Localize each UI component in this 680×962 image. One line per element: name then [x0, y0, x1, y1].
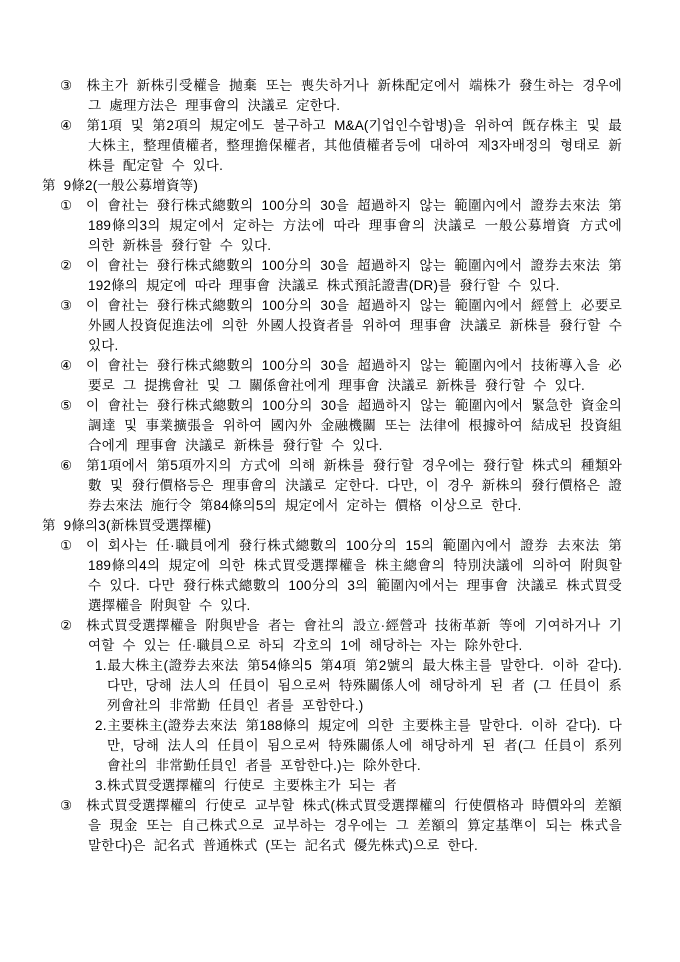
clause-text: 株式買受選擇權을 附與받을 者는 會社의 設立·經營과 技術革新 等에 기여하거… — [86, 618, 622, 653]
subclause-marker: 2. — [95, 716, 107, 736]
clause-item: ④이 會社는 發行株式總數의 100分의 30을 超過하지 않는 範圍內에서 技… — [42, 356, 622, 396]
clause-text: 이 會社는 發行株式總數의 100分의 30을 超過하지 않는 範圍內에서 證券… — [86, 198, 622, 253]
clause-item: ④第1項 및 第2項의 規定에도 불구하고 M&A(기업인수합병)을 위하여 旣… — [42, 116, 622, 176]
clause-text: 株主가 新株引受權을 抛棄 또는 喪失하거나 新株配定에서 端株가 發生하는 경… — [86, 78, 622, 113]
clause-text: 第1項 및 第2項의 規定에도 불구하고 M&A(기업인수합병)을 위하여 旣存… — [86, 118, 622, 173]
clause-marker: ③ — [60, 796, 86, 816]
clause-text: 第1項에서 第5項까지의 方式에 의해 新株를 發行할 경우에는 發行할 株式의… — [86, 458, 622, 513]
clause-marker: ③ — [60, 76, 86, 96]
article-heading: 第 9條의3(新株買受選擇權) — [42, 516, 622, 536]
clause-marker: ① — [60, 536, 86, 556]
subclause-item: 2.主要株主(證券去來法 第188條의 規定에 의한 主要株主를 말한다. 이하… — [42, 716, 622, 776]
clause-text: 이 會社는 發行株式總數의 100分의 30을 超過하지 않는 範圍內에서 經營… — [86, 298, 622, 353]
clause-text: 株式買受選擇權의 行使로 主要株主가 되는 者 — [107, 778, 397, 793]
clause-marker: ③ — [60, 296, 86, 316]
clause-marker: ② — [60, 616, 86, 636]
clause-text: 主要株主(證券去來法 第188條의 規定에 의한 主要株主를 말한다. 이하 같… — [107, 718, 622, 773]
clause-item: ③株主가 新株引受權을 抛棄 또는 喪失하거나 新株配定에서 端株가 發生하는 … — [42, 76, 622, 116]
clause-marker: ⑥ — [60, 456, 86, 476]
article-heading-text: 第 9條2(一般公募增資等) — [42, 178, 198, 193]
clause-text: 이 會社는 發行株式總數의 100分의 30을 超過하지 않는 範圍內에서 證券… — [86, 258, 622, 293]
clause-text: 이 會社는 發行株式總數의 100分의 30을 超過하지 않는 範圍內에서 緊急… — [86, 398, 622, 453]
subclause-item: 1.最大株主(證券去來法 第54條의5 第4項 第2號의 最大株主를 말한다. … — [42, 656, 622, 716]
subclause-marker: 1. — [95, 656, 107, 676]
clause-text: 이 會社는 發行株式總數의 100分의 30을 超過하지 않는 範圍內에서 技術… — [86, 358, 622, 393]
clause-text: 株式買受選擇權의 行使로 교부할 株式(株式買受選擇權의 行使價格과 時價와의 … — [86, 798, 622, 853]
clause-marker: ⑤ — [60, 396, 86, 416]
article-heading-text: 第 9條의3(新株買受選擇權) — [42, 518, 211, 533]
subclause-marker: 3. — [95, 776, 107, 796]
clause-marker: ② — [60, 256, 86, 276]
clause-item: ②株式買受選擇權을 附與받을 者는 會社의 設立·經營과 技術革新 等에 기여하… — [42, 616, 622, 656]
clause-item: ③이 會社는 發行株式總數의 100分의 30을 超過하지 않는 範圍內에서 經… — [42, 296, 622, 356]
clause-item: ①이 會社는 發行株式總數의 100分의 30을 超過하지 않는 範圍內에서 證… — [42, 196, 622, 256]
subclause-item: 3.株式買受選擇權의 行使로 主要株主가 되는 者 — [42, 776, 622, 796]
clause-marker: ④ — [60, 116, 86, 136]
clause-marker: ④ — [60, 356, 86, 376]
clause-item: ⑥第1項에서 第5項까지의 方式에 의해 新株를 發行할 경우에는 發行할 株式… — [42, 456, 622, 516]
clause-text: 이 회사는 任·職員에게 發行株式總數의 100分의 15의 範圍內에서 證券 … — [86, 538, 622, 613]
article-heading: 第 9條2(一般公募增資等) — [42, 176, 622, 196]
clause-item: ⑤이 會社는 發行株式總數의 100分의 30을 超過하지 않는 範圍內에서 緊… — [42, 396, 622, 456]
clause-marker: ① — [60, 196, 86, 216]
clause-item: ①이 회사는 任·職員에게 發行株式總數의 100分의 15의 範圍內에서 證券… — [42, 536, 622, 616]
clause-text: 最大株主(證券去來法 第54條의5 第4項 第2號의 最大株主를 말한다. 이하… — [107, 658, 622, 713]
clause-item: ②이 會社는 發行株式總數의 100分의 30을 超過하지 않는 範圍內에서 證… — [42, 256, 622, 296]
clause-item: ③株式買受選擇權의 行使로 교부할 株式(株式買受選擇權의 行使價格과 時價와의… — [42, 796, 622, 856]
document-body: ③株主가 新株引受權을 抛棄 또는 喪失하거나 新株配定에서 端株가 發生하는 … — [42, 76, 622, 856]
document-page: ③株主가 新株引受權을 抛棄 또는 喪失하거나 新株配定에서 端株가 發生하는 … — [0, 0, 680, 962]
